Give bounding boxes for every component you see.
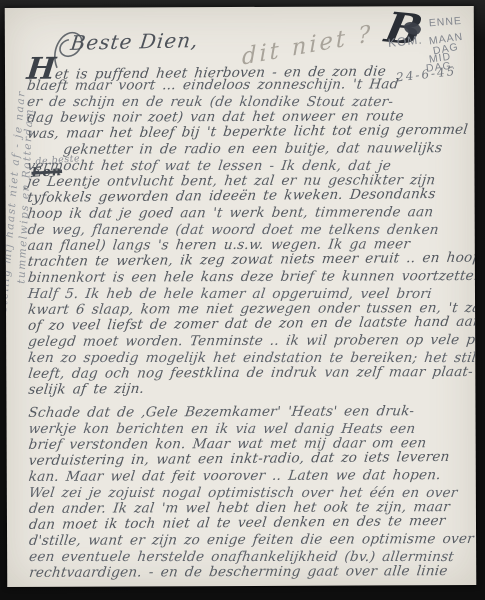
corner-note-enne: ENNE: [428, 15, 462, 29]
letter-line: gelegd moet worden. Tenminste .. ik wil …: [27, 332, 471, 350]
letter-line: tyfokkels geworden dan ideeën te kweken.…: [27, 186, 471, 206]
letter-line: dan moet ik toch niet al te veel denken …: [28, 513, 472, 533]
letter-line: hoop ik dat je goed aan 't werk bent, ti…: [27, 204, 471, 222]
letter-line: trachten te werken, ik zeg zowat niets m…: [27, 250, 471, 270]
letter-line: Het is puffend heet hierboven - en de zo…: [26, 58, 470, 78]
letter-line: geknetter in de radio en een buitje, dat…: [26, 140, 470, 158]
letter-line: was, maar het bleef bij 't beperkte lich…: [26, 122, 470, 142]
letter-paper: Beste Dien, dit niet ? B ENNE KOM. MAAN …: [5, 6, 477, 587]
letter-body: Het is puffend heet hierboven - en de zo…: [27, 60, 471, 581]
letter-line: rechtvaardigen. - en de bescherming gaat…: [28, 563, 472, 581]
letter-line: of zo veel liefst de zomer dat de zon en…: [27, 314, 471, 334]
letter-line: blaeft maar voort ... eindeloos zonnesch…: [26, 76, 470, 94]
letter-line: verduistering in, want een inkt-radio, d…: [28, 449, 472, 469]
letter-line: kan. Maar wel dat feit voorover .. Laten…: [28, 467, 472, 485]
greeting-line: Beste Dien,: [69, 28, 200, 55]
letter-line: Schade dat de ,Gele Bezemkamer' 'Heats' …: [28, 403, 472, 421]
letter-line: d'stille, want er zijn zo enige feiten d…: [28, 531, 472, 549]
scan-background: { "letter": { "kind": "handwritten lette…: [0, 0, 485, 600]
letter-line: binnenkort is een hele kans deze brief t…: [27, 268, 471, 286]
letter-line: selijk af te zijn.: [28, 378, 472, 398]
